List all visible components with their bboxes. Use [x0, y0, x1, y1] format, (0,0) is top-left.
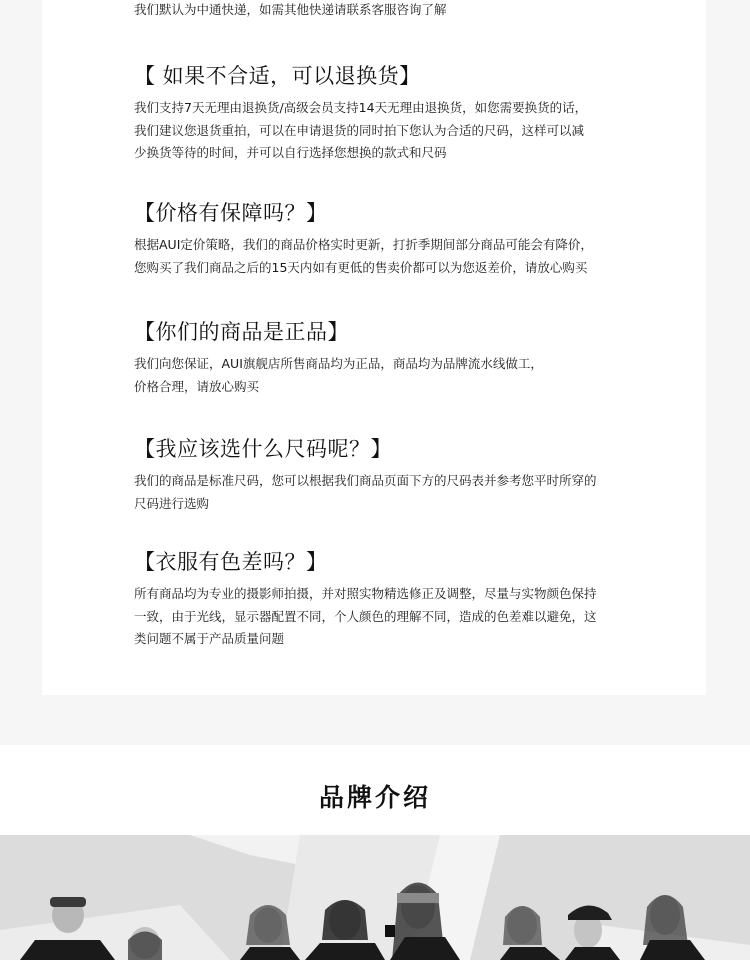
models-photo-illustration: [0, 835, 750, 960]
faq-answer: 我们的商品是标准尺码，您可以根据我们商品页面下方的尺码表并参考您平时所穿的 尺码…: [134, 470, 694, 515]
faq-answer-line: 根据AUI定价策略，我们的商品价格实时更新，打折季期间部分商品可能会有降价，: [134, 234, 694, 257]
faq-title: 【衣服有色差吗？】: [134, 548, 694, 576]
faq-answer-line: 我们的商品是标准尺码，您可以根据我们商品页面下方的尺码表并参考您平时所穿的: [134, 470, 694, 493]
faq-title: 【价格有保障吗？】: [134, 199, 694, 227]
faq-answer-line: 您购买了我们商品之后的15天内如有更低的售卖价都可以为您返差价，请放心购买: [134, 257, 694, 280]
faq-answer-line: 我们支持7天无理由退换货/高级会员支持14天无理由退换货，如您需要换货的话，: [134, 97, 694, 120]
faq-item-authentic: 【你们的商品是正品】 我们向您保证，AUI旗舰店所售商品均为正品，商品均为品牌流…: [134, 318, 694, 398]
faq-answer-line: 所有商品均为专业的摄影师拍摄，并对照实物精选修正及调整，尽量与实物颜色保持: [134, 583, 694, 606]
faq-answer-line: 我们向您保证，AUI旗舰店所售商品均为正品，商品均为品牌流水线做工，: [134, 353, 694, 376]
faq-item-color-difference: 【衣服有色差吗？】 所有商品均为专业的摄影师拍摄，并对照实物精选修正及调整，尽量…: [134, 548, 694, 651]
faq-card: 我们默认为中通快递，如需其他快递请联系客服咨询了解 【 如果不合适，可以退换货】…: [42, 0, 706, 695]
brand-photo: [0, 835, 750, 960]
faq-answer-line: 一致，由于光线，显示器配置不同，个人颜色的理解不同，造成的色差难以避免，这: [134, 606, 694, 629]
faq-answer-line: 类问题不属于产品质量问题: [134, 628, 694, 651]
faq-title: 【我应该选什么尺码呢？】: [134, 435, 694, 463]
brand-title: 品牌介绍: [0, 778, 750, 814]
faq-item-sizing: 【我应该选什么尺码呢？】 我们的商品是标准尺码，您可以根据我们商品页面下方的尺码…: [134, 435, 694, 515]
faq-item-returns: 【 如果不合适，可以退换货】 我们支持7天无理由退换货/高级会员支持14天无理由…: [134, 62, 694, 165]
faq-item-price-guarantee: 【价格有保障吗？】 根据AUI定价策略，我们的商品价格实时更新，打折季期间部分商…: [134, 199, 694, 279]
faq-answer: 所有商品均为专业的摄影师拍摄，并对照实物精选修正及调整，尽量与实物颜色保持 一致…: [134, 583, 694, 651]
faq-answer-line: 尺码进行选购: [134, 493, 694, 516]
faq-title: 【你们的商品是正品】: [134, 318, 694, 346]
faq-answer: 我们支持7天无理由退换货/高级会员支持14天无理由退换货，如您需要换货的话， 我…: [134, 97, 694, 165]
shipping-note: 我们默认为中通快递，如需其他快递请联系客服咨询了解: [134, 2, 447, 18]
brand-section: 品牌介绍: [0, 745, 750, 835]
faq-answer: 根据AUI定价策略，我们的商品价格实时更新，打折季期间部分商品可能会有降价， 您…: [134, 234, 694, 279]
faq-answer-line: 少换货等待的时间，并可以自行选择您想换的款式和尺码: [134, 142, 694, 165]
section-divider: [0, 695, 750, 745]
faq-title: 【 如果不合适，可以退换货】: [134, 62, 694, 90]
faq-answer: 我们向您保证，AUI旗舰店所售商品均为正品，商品均为品牌流水线做工， 价格合理，…: [134, 353, 694, 398]
faq-answer-line: 我们建议您退货重拍，可以在申请退货的同时拍下您认为合适的尺码，这样可以减: [134, 120, 694, 143]
faq-answer-line: 价格合理，请放心购买: [134, 376, 694, 399]
